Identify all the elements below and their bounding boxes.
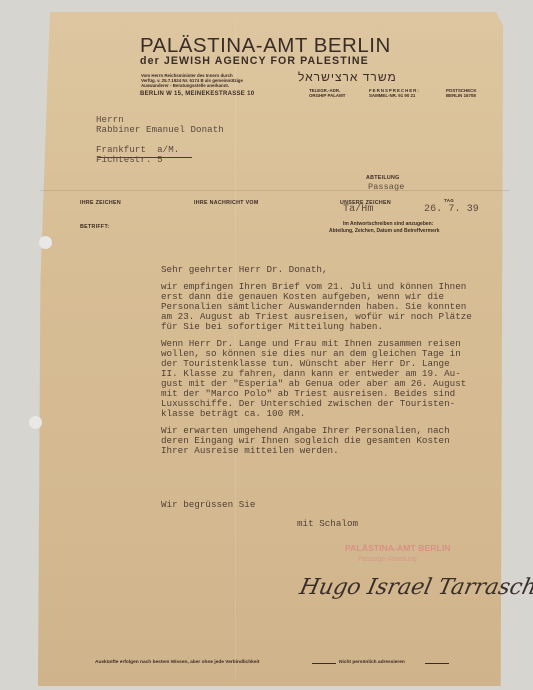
department-value: Passage bbox=[368, 182, 404, 192]
body-line: klasse beträgt ca. 100 RM. bbox=[161, 409, 305, 419]
body-line: Ihrer Ausreise mitteilen werden. bbox=[161, 446, 339, 456]
subject-label: BETRIFFT: bbox=[80, 224, 109, 230]
authorization-line: Auswanderer - Beratungsstelle anerkannt. bbox=[141, 83, 229, 88]
date-label: TAG bbox=[444, 198, 454, 203]
letterhead-address: BERLIN W 15, MEINEKESTRASSE 10 bbox=[140, 91, 254, 97]
salutation: Sehr geehrter Herr Dr. Donath, bbox=[161, 265, 328, 275]
our-ref-value: Ta/Hm bbox=[343, 204, 374, 215]
body-line: für Sie bei sofortiger Mitteilung haben. bbox=[161, 322, 383, 332]
your-ref-label: IHRE ZEICHEN bbox=[80, 200, 121, 206]
department-stamp: PALÄSTINA-AMT BERLIN bbox=[345, 543, 451, 553]
footer-rule bbox=[312, 663, 336, 664]
footer-note: Nicht persönlich adressieren bbox=[339, 660, 405, 665]
letterhead-subtitle: der JEWISH AGENCY FOR PALESTINE bbox=[140, 55, 369, 67]
recipient-line: Rabbiner Emanuel Donath bbox=[96, 124, 224, 135]
closing: mit Schalom bbox=[297, 519, 358, 529]
department-label: ABTEILUNG bbox=[366, 175, 400, 181]
punch-hole-bottom bbox=[29, 416, 42, 429]
postal-check-value: BERLIN 16708 bbox=[446, 93, 476, 98]
recipient-line: Fichtestr. 5 bbox=[96, 154, 163, 165]
reply-note: Abteilung, Zeichen, Datum und Betreffver… bbox=[329, 229, 440, 234]
date-value: 26. 7. 39 bbox=[424, 204, 479, 215]
punch-hole-top bbox=[39, 236, 52, 249]
signature: Hugo Israel Tarrasch bbox=[297, 575, 533, 600]
paper-fold bbox=[40, 190, 510, 191]
reply-note: Im Antwortschreiben sind anzugeben: bbox=[343, 222, 433, 227]
phone-value: SAMMEL-NR. 91 90 21 bbox=[369, 93, 415, 98]
telegram-value: ORGHIP PALAMT bbox=[309, 93, 345, 98]
footer-disclaimer: Auskünfte erfolgen nach bestem Wissen, a… bbox=[95, 660, 259, 665]
greeting: Wir begrüssen Sie bbox=[161, 500, 255, 510]
department-stamp-sub: Passage-Abteilung bbox=[358, 556, 417, 563]
letterhead-hebrew: משרד ארצישראל bbox=[298, 70, 397, 84]
your-message-label: IHRE NACHRICHT VOM bbox=[194, 200, 259, 206]
footer-rule bbox=[425, 663, 449, 664]
